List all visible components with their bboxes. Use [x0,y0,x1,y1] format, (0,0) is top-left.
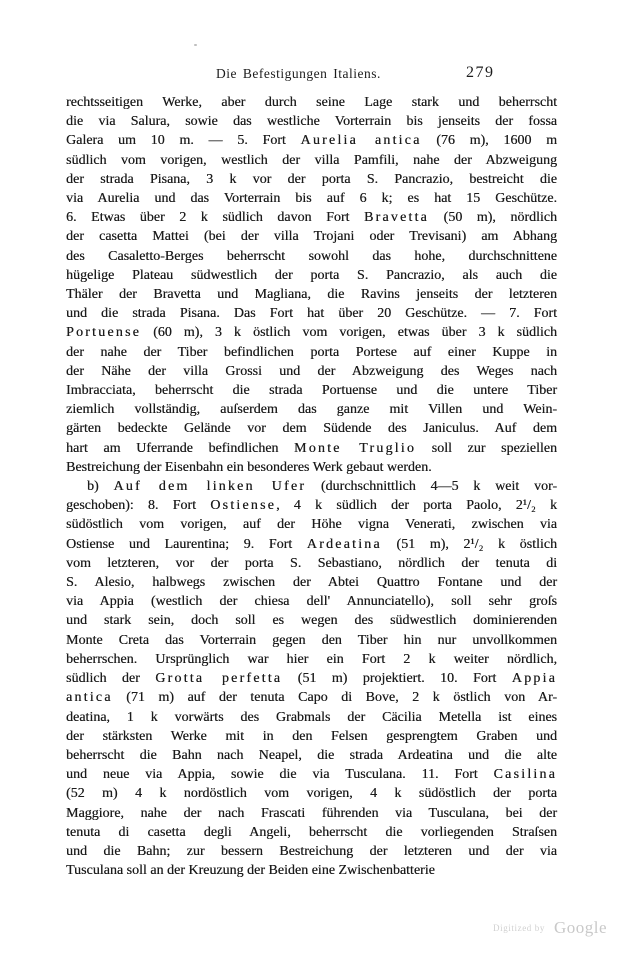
emphasized-text: Portuense [66,325,141,340]
emphasized-text: Casilina [494,767,557,782]
text-line: Imbracciata, beherrscht die strada Portu… [66,381,557,400]
text-line: südlich vom vorigen, westlich der villa … [66,151,557,170]
emphasized-text: Bravetta [364,210,429,225]
text-line: der casetta Mattei (bei der villa Trojan… [66,227,557,246]
text-line: der strada Pisana, 3 k vor der porta S. … [66,170,557,189]
emphasized-text: Grotta perfetta [155,671,282,686]
text-line: via Aurelia und das Vorterrain bis auf 6… [66,189,557,208]
emphasized-text: Appia [512,671,557,686]
page-number: 279 [466,64,495,82]
text-line: Ostiense und Laurentina; 9. Fort Ardeati… [66,535,557,554]
text-line: deatina, 1 k vorwärts des Grabmals der C… [66,708,557,727]
text-line: und die strada Pisana. Das Fort hat über… [66,304,557,323]
text-line: und stark sein, doch soll es wegen des s… [66,611,557,630]
book-page: Die Befestigungen Italiens. 279 rechtsse… [0,0,625,958]
text-line: Thäler der Bravetta und Magliana, die Ra… [66,285,557,304]
text-line: des Casaletto-Berges beherrscht sowohl d… [66,247,557,266]
emphasized-text: Aurelia antica [301,133,422,148]
text-line: geschoben): 8. Fort Ostiense, 4 k südlic… [66,496,557,515]
text-line: vom letzteren, vor der porta S. Sebastia… [66,554,557,573]
text-line: Galera um 10 m. — 5. Fort Aurelia antica… [66,131,557,150]
text-line: südöstlich vom vorigen, auf der Höhe vig… [66,515,557,534]
google-watermark: Digitized by Google [493,918,607,938]
text-line: gärten bedeckte Gelände vor dem Südende … [66,419,557,438]
text-line: Bestreichung der Eisenbahn ein besondere… [66,458,557,477]
page-body: rechtsseitigen Werke, aber durch seine L… [66,93,557,880]
text-line: Monte Creta das Vorterrain gegen den Tib… [66,631,557,650]
emphasized-text: Auf dem linken Ufer [113,479,306,494]
text-line: und neue via Appia, sowie die via Tuscul… [66,765,557,784]
emphasized-text: antica [66,690,113,705]
text-line: 6. Etwas über 2 k südlich davon Fort Bra… [66,208,557,227]
text-line: rechtsseitigen Werke, aber durch seine L… [66,93,557,112]
text-line: Tusculana soll an der Kreuzung der Beide… [66,861,557,880]
text-line: Maggiore, nahe der nach Frascati führend… [66,804,557,823]
text-line: die via Salura, sowie das westliche Vort… [66,112,557,131]
google-logo: Google [554,918,607,937]
text-line: der Nähe der villa Grossi und der Abzwei… [66,362,557,381]
scan-speck [194,44,197,46]
text-line: hügelige Plateau südwestlich der porta S… [66,266,557,285]
text-line: der nahe der Tiber befindlichen porta Po… [66,343,557,362]
text-line: tenuta di casetta degli Angeli, beherrsc… [66,823,557,842]
text-line: hart am Uferrande befindlichen Monte Tru… [66,439,557,458]
text-line: der stärksten Werke mit in den Felsen ge… [66,727,557,746]
text-line: südlich der Grotta perfetta (51 m) proje… [66,669,557,688]
text-line: (52 m) 4 k nordöstlich vom vorigen, 4 k … [66,784,557,803]
text-line: ziemlich vollständig, auſserdem das ganz… [66,400,557,419]
watermark-prefix: Digitized by [493,923,545,933]
text-line: beherrschen. Ursprünglich war hier ein F… [66,650,557,669]
running-title: Die Befestigungen Italiens. [216,66,381,82]
text-line: antica (71 m) auf der tenuta Capo di Bov… [66,688,557,707]
text-line: und die Bahn; zur bessern Bestreichung d… [66,842,557,861]
text-line: via Appia (westlich der chiesa dell' Ann… [66,592,557,611]
text-line: S. Alesio, halbwegs zwischen der Abtei Q… [66,573,557,592]
emphasized-text: Ostiense [210,498,276,513]
emphasized-text: Ardeatina [307,537,382,552]
text-line: Portuense (60 m), 3 k östlich vom vorige… [66,323,557,342]
text-line: beherrscht die Bahn nach Neapel, die str… [66,746,557,765]
text-line: b) Auf dem linken Ufer (durchschnittlich… [66,477,557,496]
emphasized-text: Monte Truglio [294,441,416,456]
